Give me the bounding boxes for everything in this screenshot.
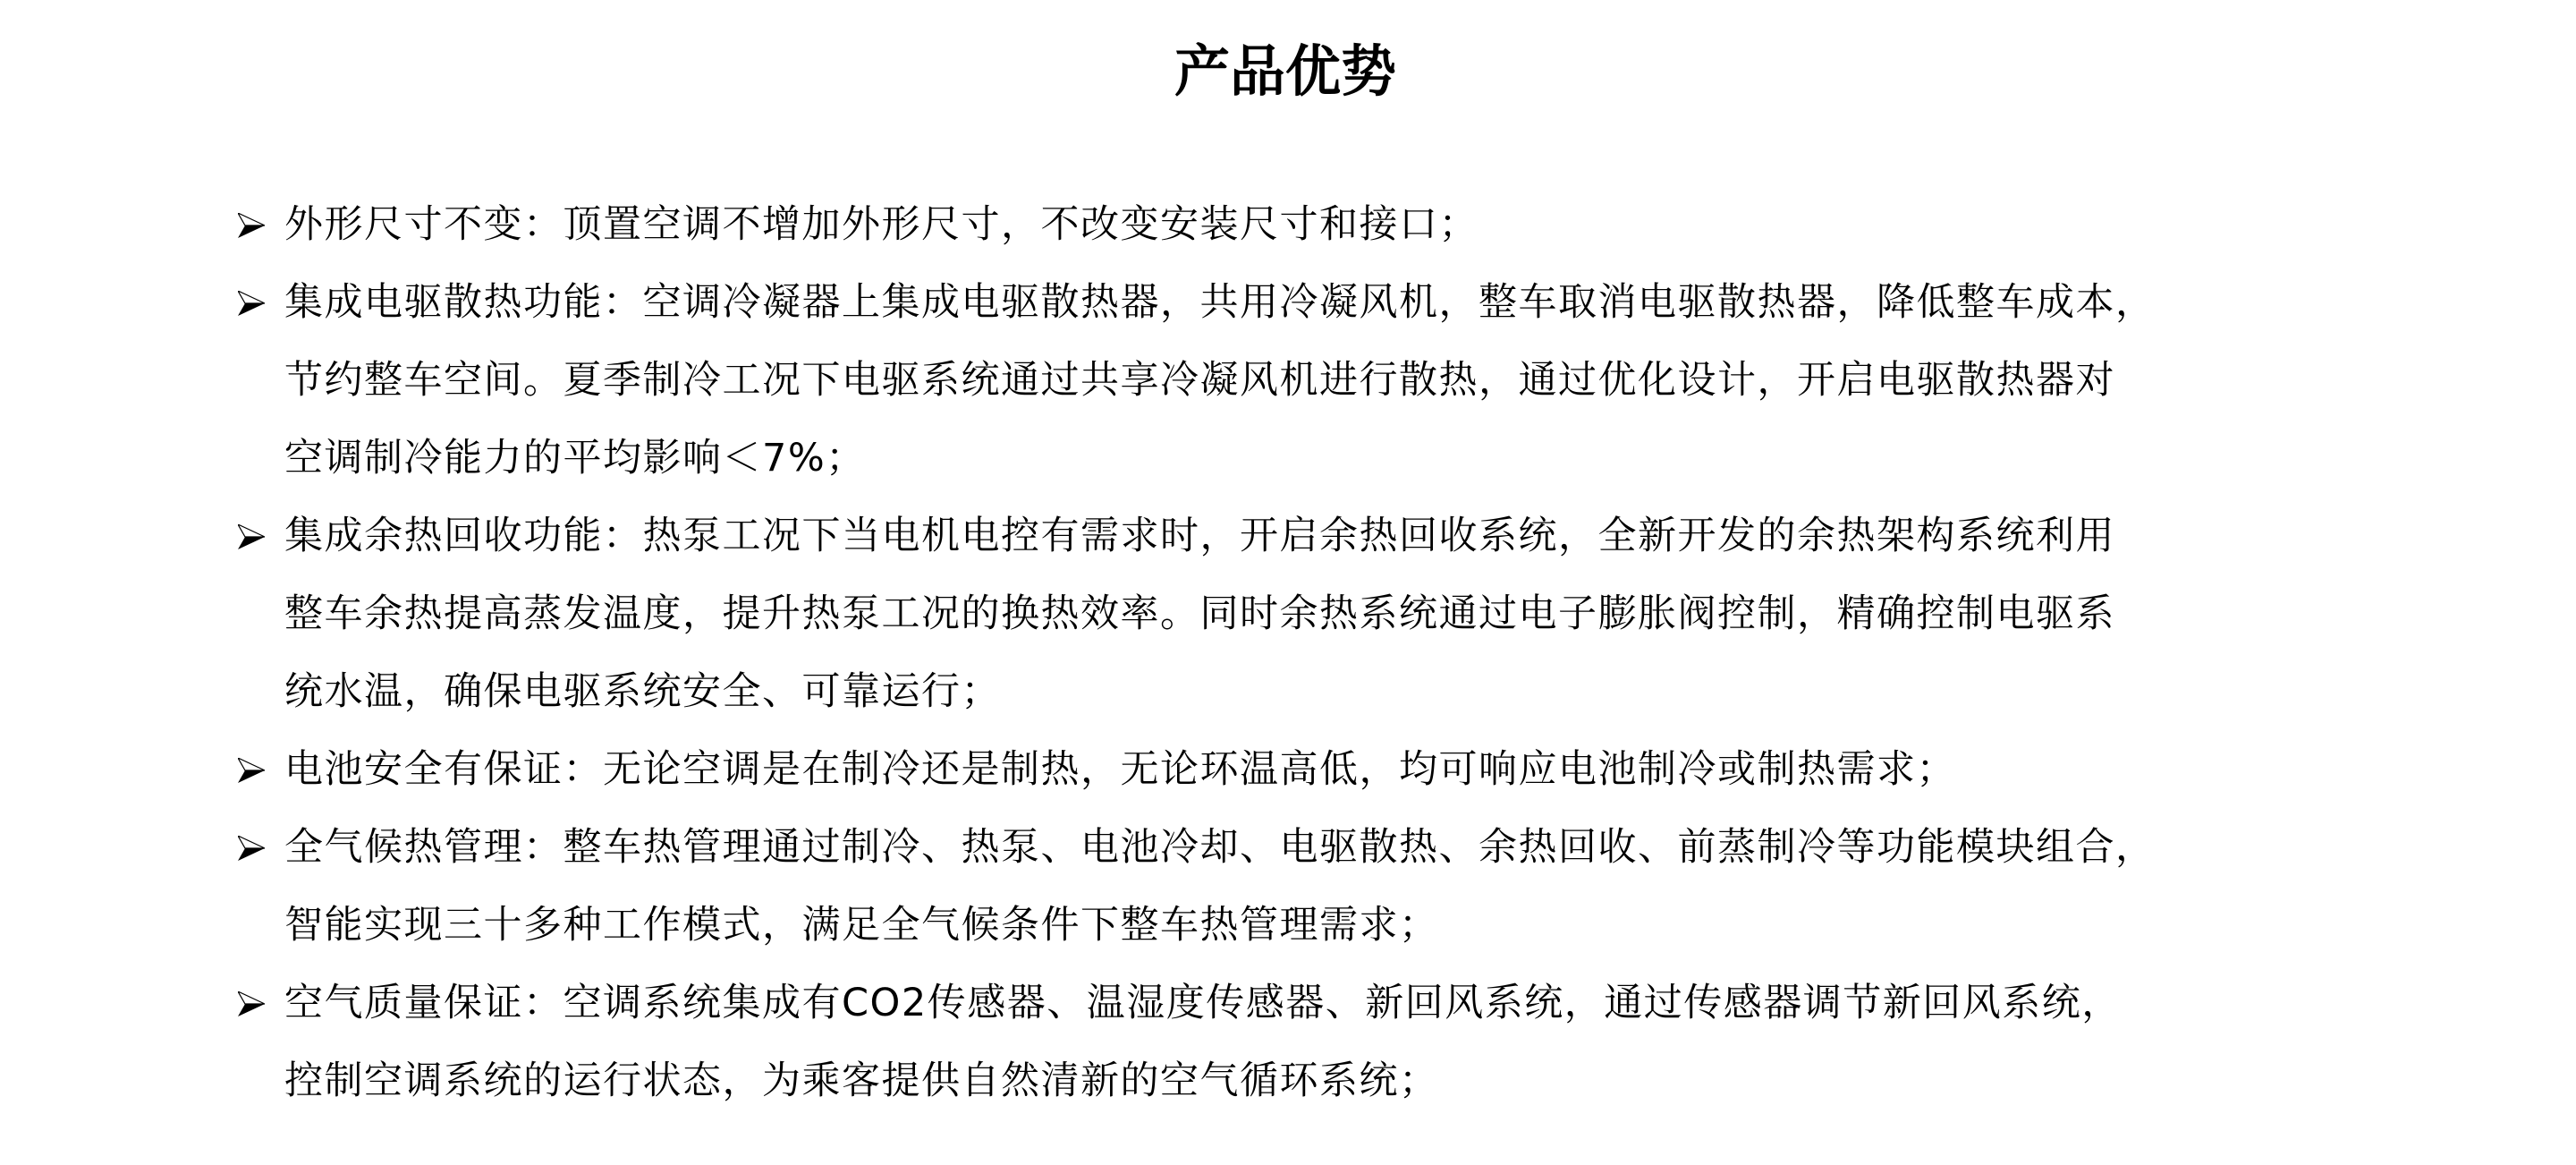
list-item-line: 统水温，确保电驱系统安全、可靠运行；: [0, 653, 2576, 731]
slide: 产品优势 外形尺寸不变：顶置空调不增加外形尺寸，不改变安装尺寸和接口； 集成电驱…: [0, 0, 2576, 1165]
list-item-text: 控制空调系统的运行状态，为乘客提供自然清新的空气循环系统；: [284, 1042, 1439, 1120]
list-item-line: 空调制冷能力的平均影响＜7%；: [0, 420, 2576, 497]
list-item-text: 外形尺寸不变：顶置空调不增加外形尺寸，不改变安装尺寸和接口；: [284, 186, 1479, 264]
list-item-battery-safety: 电池安全有保证：无论空调是在制冷还是制热，无论环温高低，均可响应电池制冷或制热需…: [0, 731, 2576, 809]
arrow-bullet-icon: [238, 836, 265, 861]
list-item-line: 集成电驱散热功能：空调冷凝器上集成电驱散热器，共用冷凝风机，整车取消电驱散热器，…: [0, 264, 2576, 342]
list-item-line: 控制空调系统的运行状态，为乘客提供自然清新的空气循环系统；: [0, 1042, 2576, 1120]
list-item-e-drive-cooling: 集成电驱散热功能：空调冷凝器上集成电驱散热器，共用冷凝风机，整车取消电驱散热器，…: [0, 264, 2576, 497]
arrow-bullet-icon: [238, 291, 265, 316]
arrow-bullet-icon: [238, 991, 265, 1016]
list-item-text: 空调制冷能力的平均影响＜7%；: [284, 420, 866, 497]
list-item-line: 全气候热管理：整车热管理通过制冷、热泵、电池冷却、电驱散热、余热回收、前蒸制冷等…: [0, 809, 2576, 887]
list-item-text: 集成余热回收功能：热泵工况下当电机电控有需求时，开启余热回收系统，全新开发的余热…: [284, 497, 2115, 575]
page-title: 产品优势: [0, 34, 2571, 109]
list-item-text: 节约整车空间。夏季制冷工况下电驱系统通过共享冷凝风机进行散热，通过优化设计，开启…: [284, 342, 2115, 420]
list-item-waste-heat-recovery: 集成余热回收功能：热泵工况下当电机电控有需求时，开启余热回收系统，全新开发的余热…: [0, 497, 2576, 731]
advantages-list: 外形尺寸不变：顶置空调不增加外形尺寸，不改变安装尺寸和接口； 集成电驱散热功能：…: [0, 186, 2576, 1120]
arrow-bullet-icon: [238, 524, 265, 549]
list-item-text: 整车余热提高蒸发温度，提升热泵工况的换热效率。同时余热系统通过电子膨胀阀控制，精…: [284, 575, 2115, 653]
list-item-text: 统水温，确保电驱系统安全、可靠运行；: [284, 653, 1001, 731]
list-item-line: 智能实现三十多种工作模式，满足全气候条件下整车热管理需求；: [0, 887, 2576, 965]
list-item-line: 空气质量保证：空调系统集成有CO2传感器、温湿度传感器、新回风系统，通过传感器调…: [0, 965, 2576, 1042]
list-item-exterior-size: 外形尺寸不变：顶置空调不增加外形尺寸，不改变安装尺寸和接口；: [0, 186, 2576, 264]
list-item-line: 整车余热提高蒸发温度，提升热泵工况的换热效率。同时余热系统通过电子膨胀阀控制，精…: [0, 575, 2576, 653]
list-item-all-climate-thermal: 全气候热管理：整车热管理通过制冷、热泵、电池冷却、电驱散热、余热回收、前蒸制冷等…: [0, 809, 2576, 965]
list-item-text: 集成电驱散热功能：空调冷凝器上集成电驱散热器，共用冷凝风机，整车取消电驱散热器，…: [284, 264, 2156, 342]
list-item-text: 全气候热管理：整车热管理通过制冷、热泵、电池冷却、电驱散热、余热回收、前蒸制冷等…: [284, 809, 2156, 887]
list-item-text: 电池安全有保证：无论空调是在制冷还是制热，无论环温高低，均可响应电池制冷或制热需…: [284, 731, 1956, 809]
arrow-bullet-icon: [238, 213, 265, 238]
list-item-line: 集成余热回收功能：热泵工况下当电机电控有需求时，开启余热回收系统，全新开发的余热…: [0, 497, 2576, 575]
arrow-bullet-icon: [238, 758, 265, 783]
list-item-text: 智能实现三十多种工作模式，满足全气候条件下整车热管理需求；: [284, 887, 1439, 965]
list-item-line: 电池安全有保证：无论空调是在制冷还是制热，无论环温高低，均可响应电池制冷或制热需…: [0, 731, 2576, 809]
list-item-line: 节约整车空间。夏季制冷工况下电驱系统通过共享冷凝风机进行散热，通过优化设计，开启…: [0, 342, 2576, 420]
list-item-text: 空气质量保证：空调系统集成有CO2传感器、温湿度传感器、新回风系统，通过传感器调…: [284, 965, 2122, 1042]
list-item-line: 外形尺寸不变：顶置空调不增加外形尺寸，不改变安装尺寸和接口；: [0, 186, 2576, 264]
list-item-air-quality: 空气质量保证：空调系统集成有CO2传感器、温湿度传感器、新回风系统，通过传感器调…: [0, 965, 2576, 1120]
